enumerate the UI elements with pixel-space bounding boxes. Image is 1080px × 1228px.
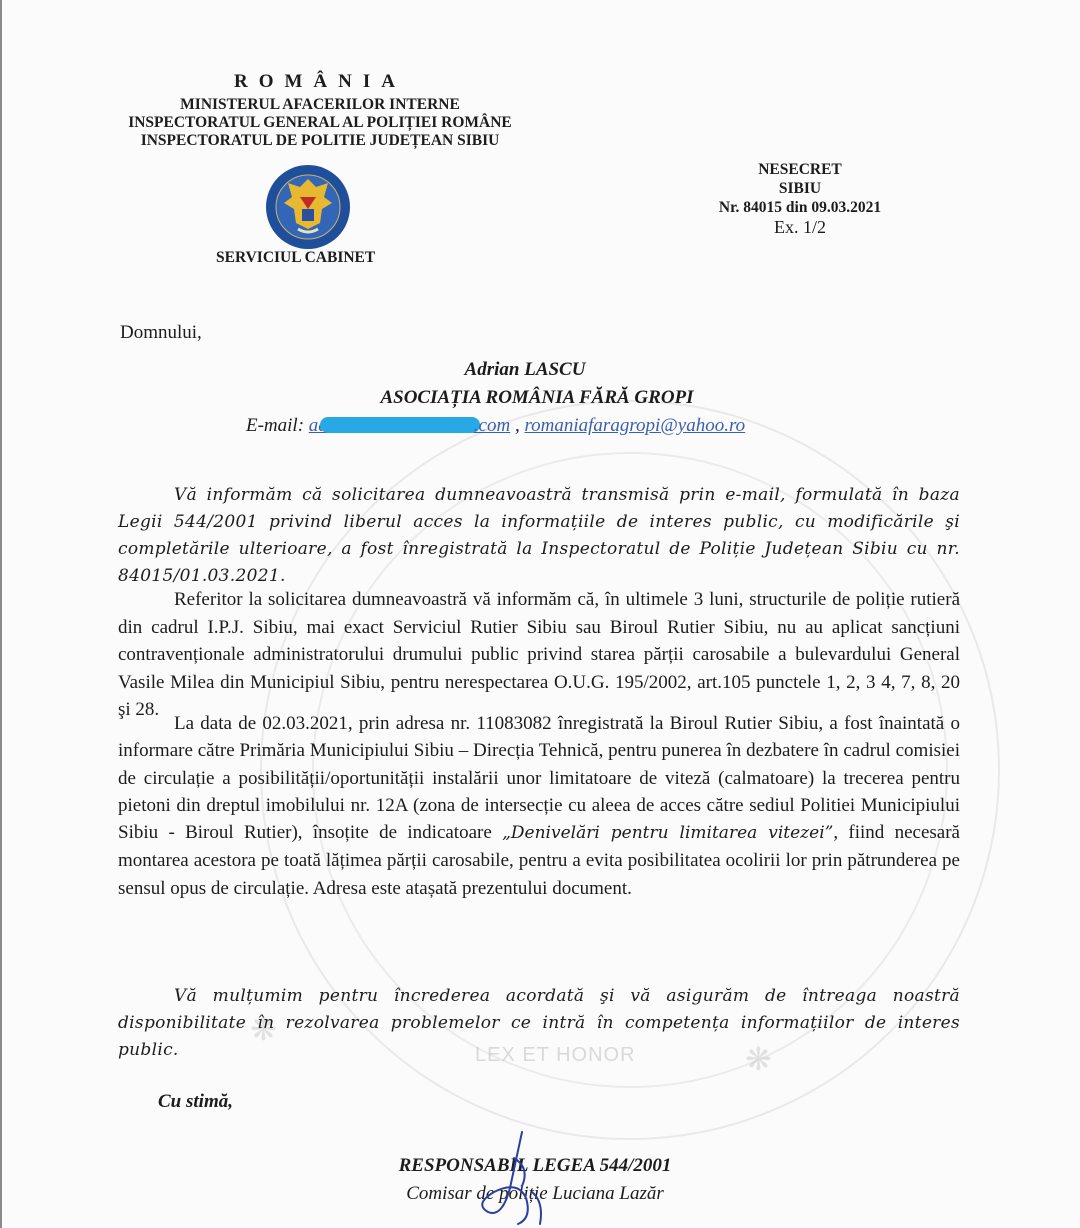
- paragraph-traffic-calming-request: La data de 02.03.2021, prin adresa nr. 1…: [118, 710, 960, 902]
- ministry-name: MINISTERUL AFACERILOR INTERNE: [90, 96, 550, 114]
- recipient-block: Adrian LASCU ASOCIAȚIA ROMÂNIA FĂRĂ GROP…: [0, 356, 1080, 412]
- redaction-mark: [320, 417, 480, 433]
- letterhead: ROMÂNIA MINISTERUL AFACERILOR INTERNE IN…: [90, 70, 550, 150]
- classification-level: NESECRET: [690, 160, 910, 179]
- email-label: E-mail:: [246, 415, 304, 436]
- recipient-organization: ASOCIAȚIA ROMÂNIA FĂRĂ GROPI: [0, 384, 1080, 412]
- handwritten-signature-icon: [460, 1128, 580, 1228]
- police-emblem-icon: [256, 163, 360, 251]
- closing-salutation: Cu stimă,: [158, 1091, 233, 1113]
- page-edge: [0, 0, 2, 1228]
- paragraph-sanctions-info: Referitor la solicitarea dumneavoastră v…: [118, 586, 960, 724]
- email-separator: ,: [510, 415, 524, 436]
- service-name: SERVICIUL CABINET: [216, 249, 375, 267]
- paragraph-request-registration: Vă informăm că solicitarea dumneavoastră…: [118, 482, 960, 590]
- county-inspectorate-name: INSPECTORATUL DE POLITIE JUDEȚEAN SIBIU: [90, 132, 550, 150]
- registration-number: Nr. 84015 din 09.03.2021: [690, 198, 910, 217]
- classification-block: NESECRET SIBIU Nr. 84015 din 09.03.2021 …: [690, 160, 910, 237]
- copy-number: Ex. 1/2: [690, 217, 910, 237]
- classification-city: SIBIU: [690, 179, 910, 198]
- salutation: Domnului,: [120, 322, 202, 344]
- recipient-name: Adrian LASCU: [0, 356, 1080, 384]
- country-name: ROMÂNIA: [90, 70, 550, 94]
- email-line: E-mail: ad.com , romaniafaragropi@yahoo.…: [246, 415, 745, 437]
- email-link-association[interactable]: romaniafaragropi@yahoo.ro: [524, 415, 745, 436]
- general-inspectorate-name: INSPECTORATUL GENERAL AL POLIȚIEI ROMÂNE: [90, 114, 550, 132]
- email-link-redacted[interactable]: ad.com: [309, 415, 510, 436]
- paragraph-thanks: Vă mulțumim pentru încrederea acordată ş…: [118, 983, 960, 1064]
- sign-quote: „Denivelări pentru limitarea vitezei”: [502, 823, 833, 843]
